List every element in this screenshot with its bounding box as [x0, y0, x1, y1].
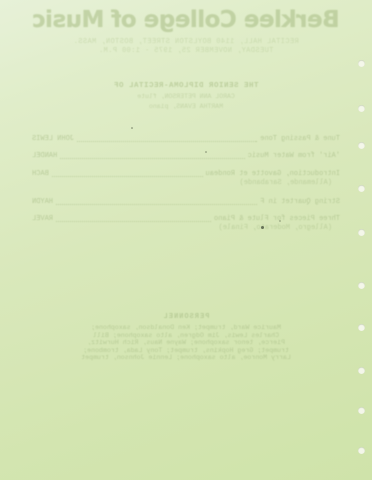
program-row: Three Pieces for Flute & Piano RAVEL [32, 215, 340, 223]
dot-leader [52, 175, 203, 177]
program-title: 'Air' from Water Music [248, 152, 340, 160]
ink-speck [205, 151, 207, 153]
program-row: Tune & Passing Tone JOHN LEWIS [32, 135, 340, 143]
recital-heading-line3: MARTHA EVANS, piano [0, 103, 372, 110]
ink-speck [279, 220, 281, 222]
punch-hole [358, 229, 365, 236]
punch-hole [358, 282, 365, 289]
program-row: Introduction, Gavotte et Rondeau BACH [32, 170, 340, 178]
personnel-heading: PERSONNEL [0, 313, 372, 321]
program-title: String Quartet in F [260, 198, 340, 206]
program-title: Tune & Passing Tone [260, 135, 340, 143]
letterhead-address-line: RECITAL HALL, 1140 BOYLSTON STREET, BOST… [0, 38, 372, 46]
program-row: 'Air' from Water Music HANDEL [32, 152, 340, 160]
dot-leader [60, 157, 244, 159]
personnel-line: Pierce, tenor saxophone; Wayne Naus, Ric… [0, 339, 372, 347]
program-row: String Quartet in F HAYDN [32, 198, 340, 206]
ink-speck [131, 127, 133, 129]
letterhead-date-line: TUESDAY, NOVEMBER 25, 1975 - 1:00 P.M. [0, 47, 372, 55]
recital-heading-line2: CAROL ANN PETERSON, flute [0, 93, 372, 100]
program-composer: BACH [32, 170, 49, 178]
punch-hole [358, 407, 365, 414]
program-composer: RAVEL [32, 215, 53, 223]
program-composer: HAYDN [32, 198, 53, 206]
punch-hole [358, 60, 365, 67]
personnel-line: Maurice Ward, trumpet; Ken Donaldson, sa… [0, 324, 372, 332]
scanned-page: Berklee College of Music RECITAL HALL, 1… [0, 0, 372, 480]
recital-heading-line1: THE SENIOR DIPLOMA-RECITAL OF [0, 82, 372, 90]
dot-leader [56, 203, 257, 205]
bleed-through-layer: Berklee College of Music RECITAL HALL, 1… [0, 0, 372, 480]
personnel-line: Larry Monroe, alto saxophone; Lennie Joh… [0, 354, 372, 362]
dot-leader [56, 220, 211, 222]
punch-hole [358, 447, 365, 454]
punch-hole [358, 142, 365, 149]
personnel-paragraph: Maurice Ward, trumpet; Ken Donaldson, sa… [0, 324, 372, 362]
program-composer: JOHN LEWIS [32, 135, 74, 143]
punch-hole [358, 367, 365, 374]
letterhead-logo: Berklee College of Music [0, 7, 372, 33]
dot-leader [77, 140, 257, 142]
ink-speck [261, 226, 264, 229]
personnel-line: trumpet; Greg Hopkins, trumpet; Tony Lad… [0, 347, 372, 355]
program-subtitle: (Allegro, Moderato, Finale) [219, 224, 332, 232]
program-composer: HANDEL [32, 152, 57, 160]
program-title: Three Pieces for Flute & Piano [214, 215, 340, 223]
punch-hole [358, 324, 365, 331]
personnel-line: Charles Lewis, Jim Odgren, alto saxophon… [0, 332, 372, 340]
program-subtitle: (Allemande, Sarabande) [240, 179, 332, 187]
punch-hole [358, 105, 365, 112]
punch-hole [358, 185, 365, 192]
program-title: Introduction, Gavotte et Rondeau [206, 170, 340, 178]
